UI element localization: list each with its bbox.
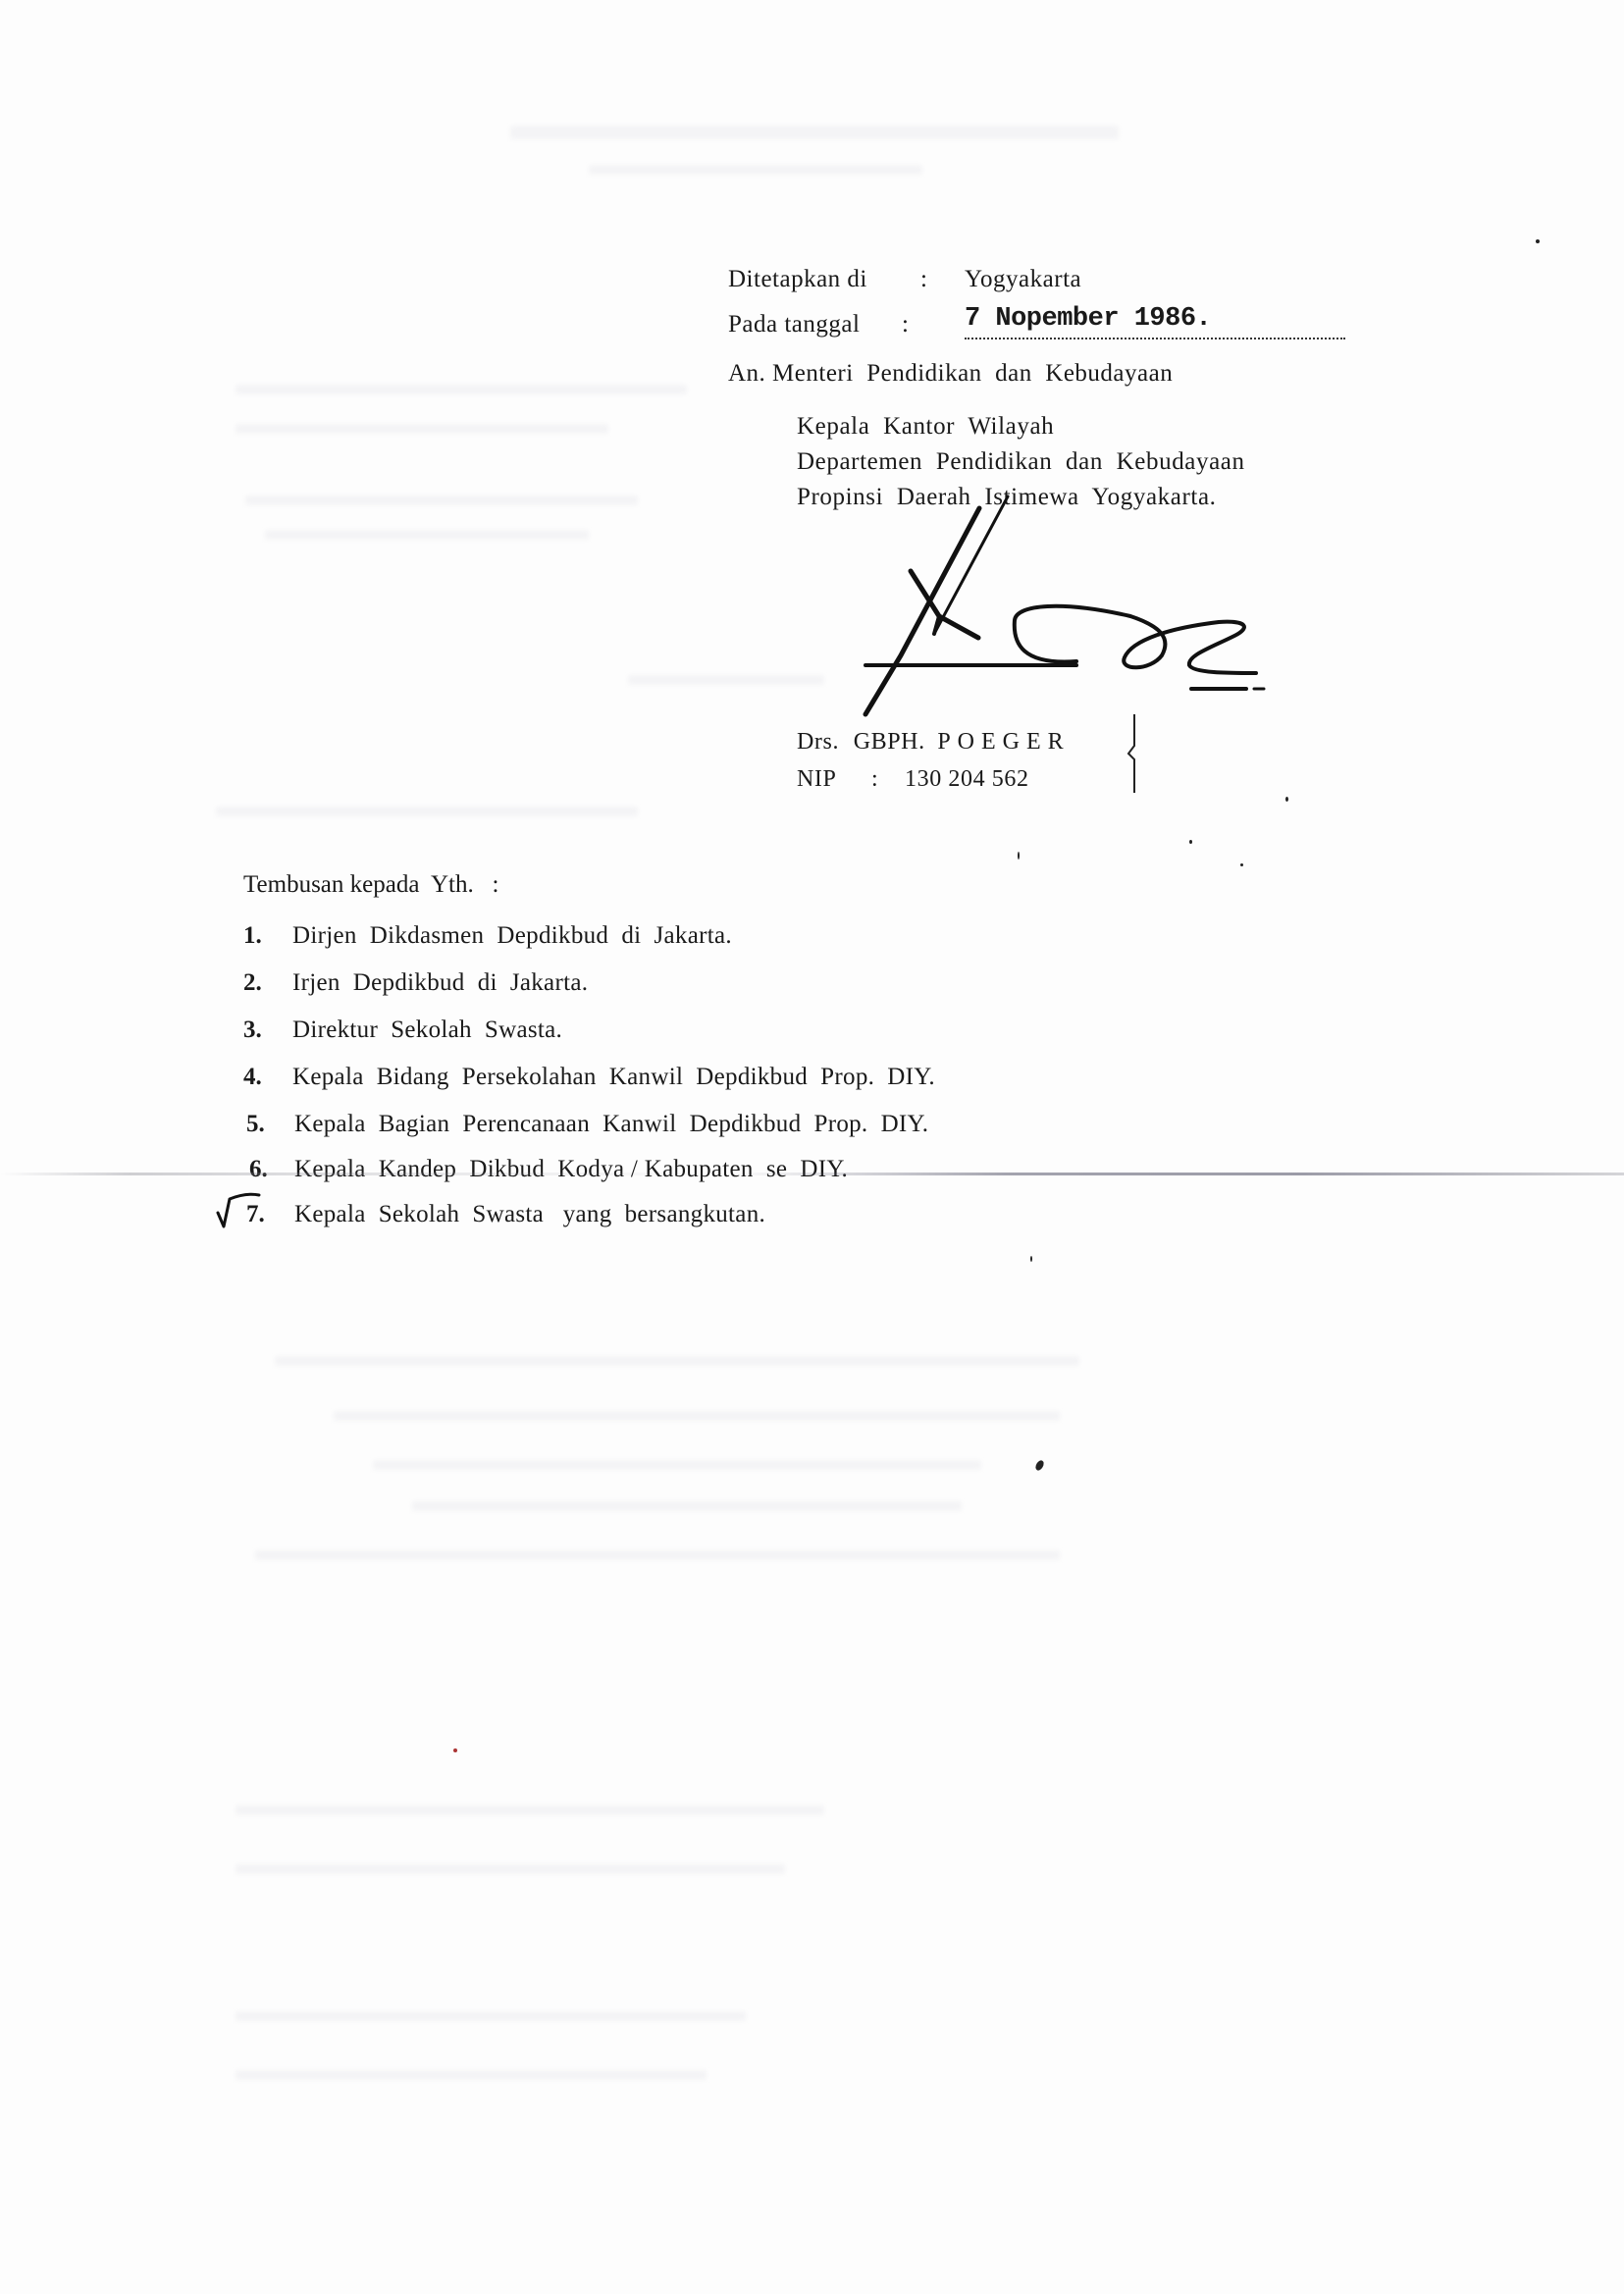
date-colon: :: [902, 312, 909, 337]
signer-name: Drs. GBPH. POEGER: [797, 730, 1071, 754]
on-behalf-text: An. Menteri Pendidikan dan Kebudayaan: [728, 360, 1173, 387]
brace-mark: [1121, 710, 1150, 799]
item-number: 6.: [249, 1156, 268, 1183]
scan-speck: [1034, 1459, 1046, 1472]
scan-speck: [1030, 1256, 1032, 1262]
signer-nip: NIP : 130 204 562: [797, 767, 836, 791]
nip-label: NIP: [797, 766, 836, 792]
bleed-through-line: [334, 1411, 1060, 1421]
signer-name-prefix: GBPH.: [854, 729, 925, 755]
scan-speck: [453, 1748, 457, 1752]
check-mark: [214, 1193, 263, 1232]
bleed-through-header: [510, 126, 1119, 139]
date-label: Pada tanggal: [728, 312, 860, 337]
bleed-through-line: [412, 1501, 962, 1511]
bleed-through-line: [236, 1805, 824, 1815]
bleed-through-line: [373, 1460, 981, 1470]
item-text: Kepala Bidang Persekolahan Kanwil Depdik…: [292, 1064, 935, 1091]
scan-speck: [1240, 863, 1243, 866]
paper-fold-crease: [0, 1173, 1624, 1175]
item-text: Direktur Sekolah Swasta.: [292, 1017, 562, 1044]
signer-title-prefix: Drs.: [797, 729, 839, 755]
place-label: Ditetapkan di: [728, 267, 867, 291]
item-text: Kepala Sekolah Swasta yang bersangkutan.: [294, 1201, 765, 1228]
bleed-through-line: [265, 530, 589, 540]
date-dotted-underline: [965, 338, 1345, 339]
bleed-through-line: [236, 1864, 785, 1874]
place-colon: :: [920, 267, 927, 291]
item-text: Kepala Kandep Dikbud Kodya / Kabupaten s…: [294, 1156, 848, 1183]
bleed-through-line: [255, 1550, 1060, 1560]
item-number: 4.: [243, 1064, 262, 1091]
bleed-through-line: [236, 385, 687, 394]
bleed-through-header: [589, 165, 922, 175]
office-line-2: Departemen Pendidikan dan Kebudayaan: [797, 449, 1245, 474]
scanned-document-page: Ditetapkan di : Yogyakarta Pada tanggal …: [0, 0, 1624, 2294]
on-behalf-row: An. Menteri Pendidikan dan Kebudayaan: [728, 361, 1173, 386]
item-number: 1.: [243, 922, 262, 950]
item-number: 2.: [243, 969, 262, 997]
bleed-through-line: [275, 1356, 1079, 1366]
nip-value: 130 204 562: [905, 767, 1029, 791]
office-line-1: Kepala Kantor Wilayah: [797, 414, 1054, 439]
scan-speck: [1285, 797, 1288, 802]
item-text: Kepala Bagian Perencanaan Kanwil Depdikb…: [294, 1111, 928, 1138]
bleed-through-line: [245, 495, 638, 505]
date-value: 7 Nopember 1986.: [965, 306, 1211, 333]
scan-speck: [1018, 852, 1020, 860]
scan-speck: [1189, 840, 1192, 844]
item-number: 5.: [246, 1111, 265, 1138]
bleed-through-line: [236, 2070, 707, 2080]
bleed-through-line: [628, 675, 824, 685]
signer-name-value: POEGER: [937, 729, 1070, 755]
copies-heading: Tembusan kepada Yth. :: [243, 871, 498, 899]
bleed-through-line: [216, 807, 638, 816]
item-text: Dirjen Dikdasmen Depdikbud di Jakarta.: [292, 922, 732, 950]
nip-colon: :: [871, 767, 878, 791]
item-number: 3.: [243, 1017, 262, 1044]
scan-speck: [1536, 239, 1540, 243]
item-text: Irjen Depdikbud di Jakarta.: [292, 969, 588, 997]
place-value: Yogyakarta: [965, 267, 1081, 291]
bleed-through-line: [236, 424, 608, 434]
bleed-through-line: [236, 2011, 746, 2021]
